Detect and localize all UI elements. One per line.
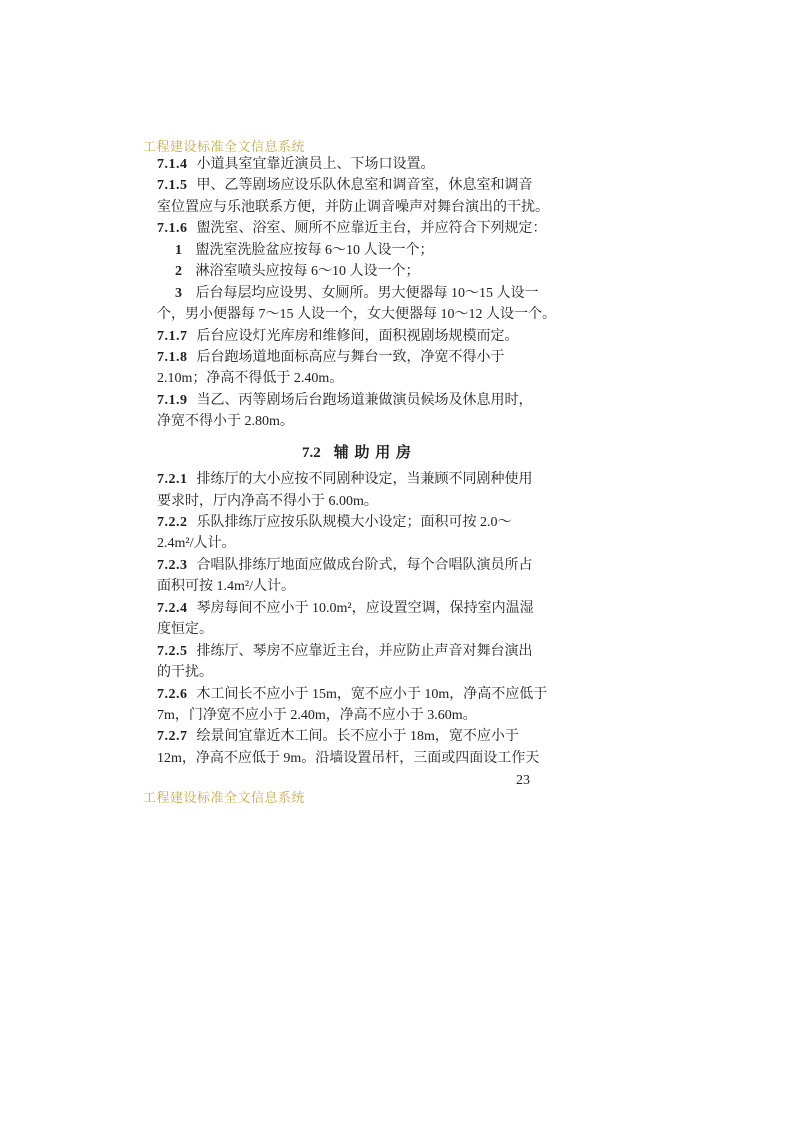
clause-number: 7.1.6	[157, 221, 197, 236]
text-line: 1盥洗室洗脸盆应按每 6～10 人设一个；	[157, 240, 557, 261]
text-line: 7.2.4琴房每间不应小于 10.0m²，应设置空调，保持室内温湿	[157, 598, 557, 619]
clause-number: 7.1.5	[157, 178, 197, 193]
clause-text: 淋浴室喷头应按每 6～10 人设一个；	[196, 264, 420, 279]
text-line: 7.2.2乐队排练厅应按乐队规模大小设定；面积可按 2.0～	[157, 512, 557, 533]
clause-number: 7.1.8	[157, 350, 197, 365]
clause-text: 木工间长不应小于 15m，宽不应小于 10m，净高不应低于	[197, 687, 548, 702]
text-line: 7.1.4小道具室宜靠近演员上、下场口设置。	[157, 154, 557, 175]
text-line: 7.1.7后台应设灯光库房和维修间，面积视剧场规模而定。	[157, 326, 557, 347]
section-heading: 7.2辅 助 用 房	[157, 443, 557, 464]
clause-number: 3	[157, 286, 196, 301]
clause-text: 12m，净高不应低于 9m。沿墙设置吊杆，三面或四面设工作天	[157, 751, 539, 766]
document-page: 工程建设标准全文信息系统 7.1.4小道具室宜靠近演员上、下场口设置。7.1.5…	[0, 0, 800, 1131]
clause-text: 排练厅、琴房不应靠近主台，并应防止声音对舞台演出	[197, 644, 533, 659]
section-number: 7.2	[302, 445, 334, 461]
watermark-bottom: 工程建设标准全文信息系统	[143, 790, 305, 806]
clause-text: 面积可按 1.4m²/人计。	[157, 579, 295, 594]
text-line: 3后台每层均应设男、女厕所。男大便器每 10～15 人设一	[157, 283, 557, 304]
clause-text: 2.10m；净高不得低于 2.40m。	[157, 371, 343, 386]
text-line: 7.2.5排练厅、琴房不应靠近主台，并应防止声音对舞台演出	[157, 641, 557, 662]
text-line: 2.4m²/人计。	[157, 533, 557, 554]
clause-text: 当乙、丙等剧场后台跑场道兼做演员候场及休息用时，	[197, 393, 533, 408]
clause-text: 绘景间宜靠近木工间。长不应小于 18m，宽不应小于	[197, 729, 519, 744]
clause-text: 要求时，厅内净高不得小于 6.00m。	[157, 494, 378, 509]
text-line: 2.10m；净高不得低于 2.40m。	[157, 368, 557, 389]
text-line: 净宽不得小于 2.80m。	[157, 411, 557, 432]
text-line: 7m，门净宽不应小于 2.40m，净高不应小于 3.60m。	[157, 705, 557, 726]
text-line: 7.2.3合唱队排练厅地面应做成台阶式，每个合唱队演员所占	[157, 555, 557, 576]
clause-text: 后台跑场道地面标高应与舞台一致，净宽不得小于	[197, 350, 505, 365]
text-line: 个，男小便器每 7～15 人设一个，女大便器每 10～12 人设一个。	[157, 304, 557, 325]
text-line: 7.2.7绘景间宜靠近木工间。长不应小于 18m，宽不应小于	[157, 726, 557, 747]
text-line: 2淋浴室喷头应按每 6～10 人设一个；	[157, 261, 557, 282]
clause-number: 2	[157, 264, 196, 279]
clause-text: 7m，门净宽不应小于 2.40m，净高不应小于 3.60m。	[157, 708, 477, 723]
text-line: 7.1.5甲、乙等剧场应设乐队休息室和调音室，休息室和调音	[157, 175, 557, 196]
watermark-top: 工程建设标准全文信息系统	[143, 139, 305, 155]
text-line: 7.1.9当乙、丙等剧场后台跑场道兼做演员候场及休息用时，	[157, 390, 557, 411]
clause-number: 7.1.7	[157, 329, 197, 344]
clause-number: 7.2.1	[157, 472, 197, 487]
clause-text: 甲、乙等剧场应设乐队休息室和调音室，休息室和调音	[197, 178, 533, 193]
text-line: 7.1.6盥洗室、浴室、厕所不应靠近主台，并应符合下列规定：	[157, 218, 557, 239]
clause-text: 度恒定。	[157, 622, 213, 637]
clause-number: 7.1.4	[157, 157, 197, 172]
clause-number: 1	[157, 243, 196, 258]
clause-text: 2.4m²/人计。	[157, 536, 235, 551]
clause-text: 盥洗室、浴室、厕所不应靠近主台，并应符合下列规定：	[197, 221, 547, 236]
clause-number: 7.2.5	[157, 644, 197, 659]
clause-text: 室位置应与乐池联系方便，并防止调音噪声对舞台演出的干扰。	[157, 200, 549, 215]
document-content: 7.1.4小道具室宜靠近演员上、下场口设置。7.1.5甲、乙等剧场应设乐队休息室…	[157, 154, 557, 769]
clause-text: 净宽不得小于 2.80m。	[157, 414, 294, 429]
text-line: 要求时，厅内净高不得小于 6.00m。	[157, 491, 557, 512]
clause-text: 小道具室宜靠近演员上、下场口设置。	[197, 157, 435, 172]
text-line: 7.2.1排练厅的大小应按不同剧种设定，当兼顾不同剧种使用	[157, 469, 557, 490]
clause-number: 7.2.3	[157, 558, 197, 573]
clause-number: 7.2.6	[157, 687, 197, 702]
text-line: 度恒定。	[157, 619, 557, 640]
section-title: 辅 助 用 房	[334, 445, 412, 461]
clause-text: 盥洗室洗脸盆应按每 6～10 人设一个；	[196, 243, 434, 258]
clause-text: 琴房每间不应小于 10.0m²，应设置空调，保持室内温湿	[197, 601, 534, 616]
clause-text: 个，男小便器每 7～15 人设一个，女大便器每 10～12 人设一个。	[157, 307, 556, 322]
clause-text: 后台应设灯光库房和维修间，面积视剧场规模而定。	[197, 329, 519, 344]
text-line: 的干扰。	[157, 662, 557, 683]
clause-text: 后台每层均应设男、女厕所。男大便器每 10～15 人设一	[196, 286, 539, 301]
clause-text: 的干扰。	[157, 665, 213, 680]
text-line: 面积可按 1.4m²/人计。	[157, 576, 557, 597]
clause-text: 合唱队排练厅地面应做成台阶式，每个合唱队演员所占	[197, 558, 533, 573]
text-line: 12m，净高不应低于 9m。沿墙设置吊杆，三面或四面设工作天	[157, 748, 557, 769]
text-line: 7.1.8后台跑场道地面标高应与舞台一致，净宽不得小于	[157, 347, 557, 368]
page-number: 23	[157, 772, 530, 790]
clause-number: 7.1.9	[157, 393, 197, 408]
clause-number: 7.2.7	[157, 729, 197, 744]
clause-number: 7.2.4	[157, 601, 197, 616]
clause-text: 排练厅的大小应按不同剧种设定，当兼顾不同剧种使用	[197, 472, 533, 487]
clause-number: 7.2.2	[157, 515, 197, 530]
clause-text: 乐队排练厅应按乐队规模大小设定；面积可按 2.0～	[197, 515, 512, 530]
text-line: 7.2.6木工间长不应小于 15m，宽不应小于 10m，净高不应低于	[157, 684, 557, 705]
text-line: 室位置应与乐池联系方便，并防止调音噪声对舞台演出的干扰。	[157, 197, 557, 218]
